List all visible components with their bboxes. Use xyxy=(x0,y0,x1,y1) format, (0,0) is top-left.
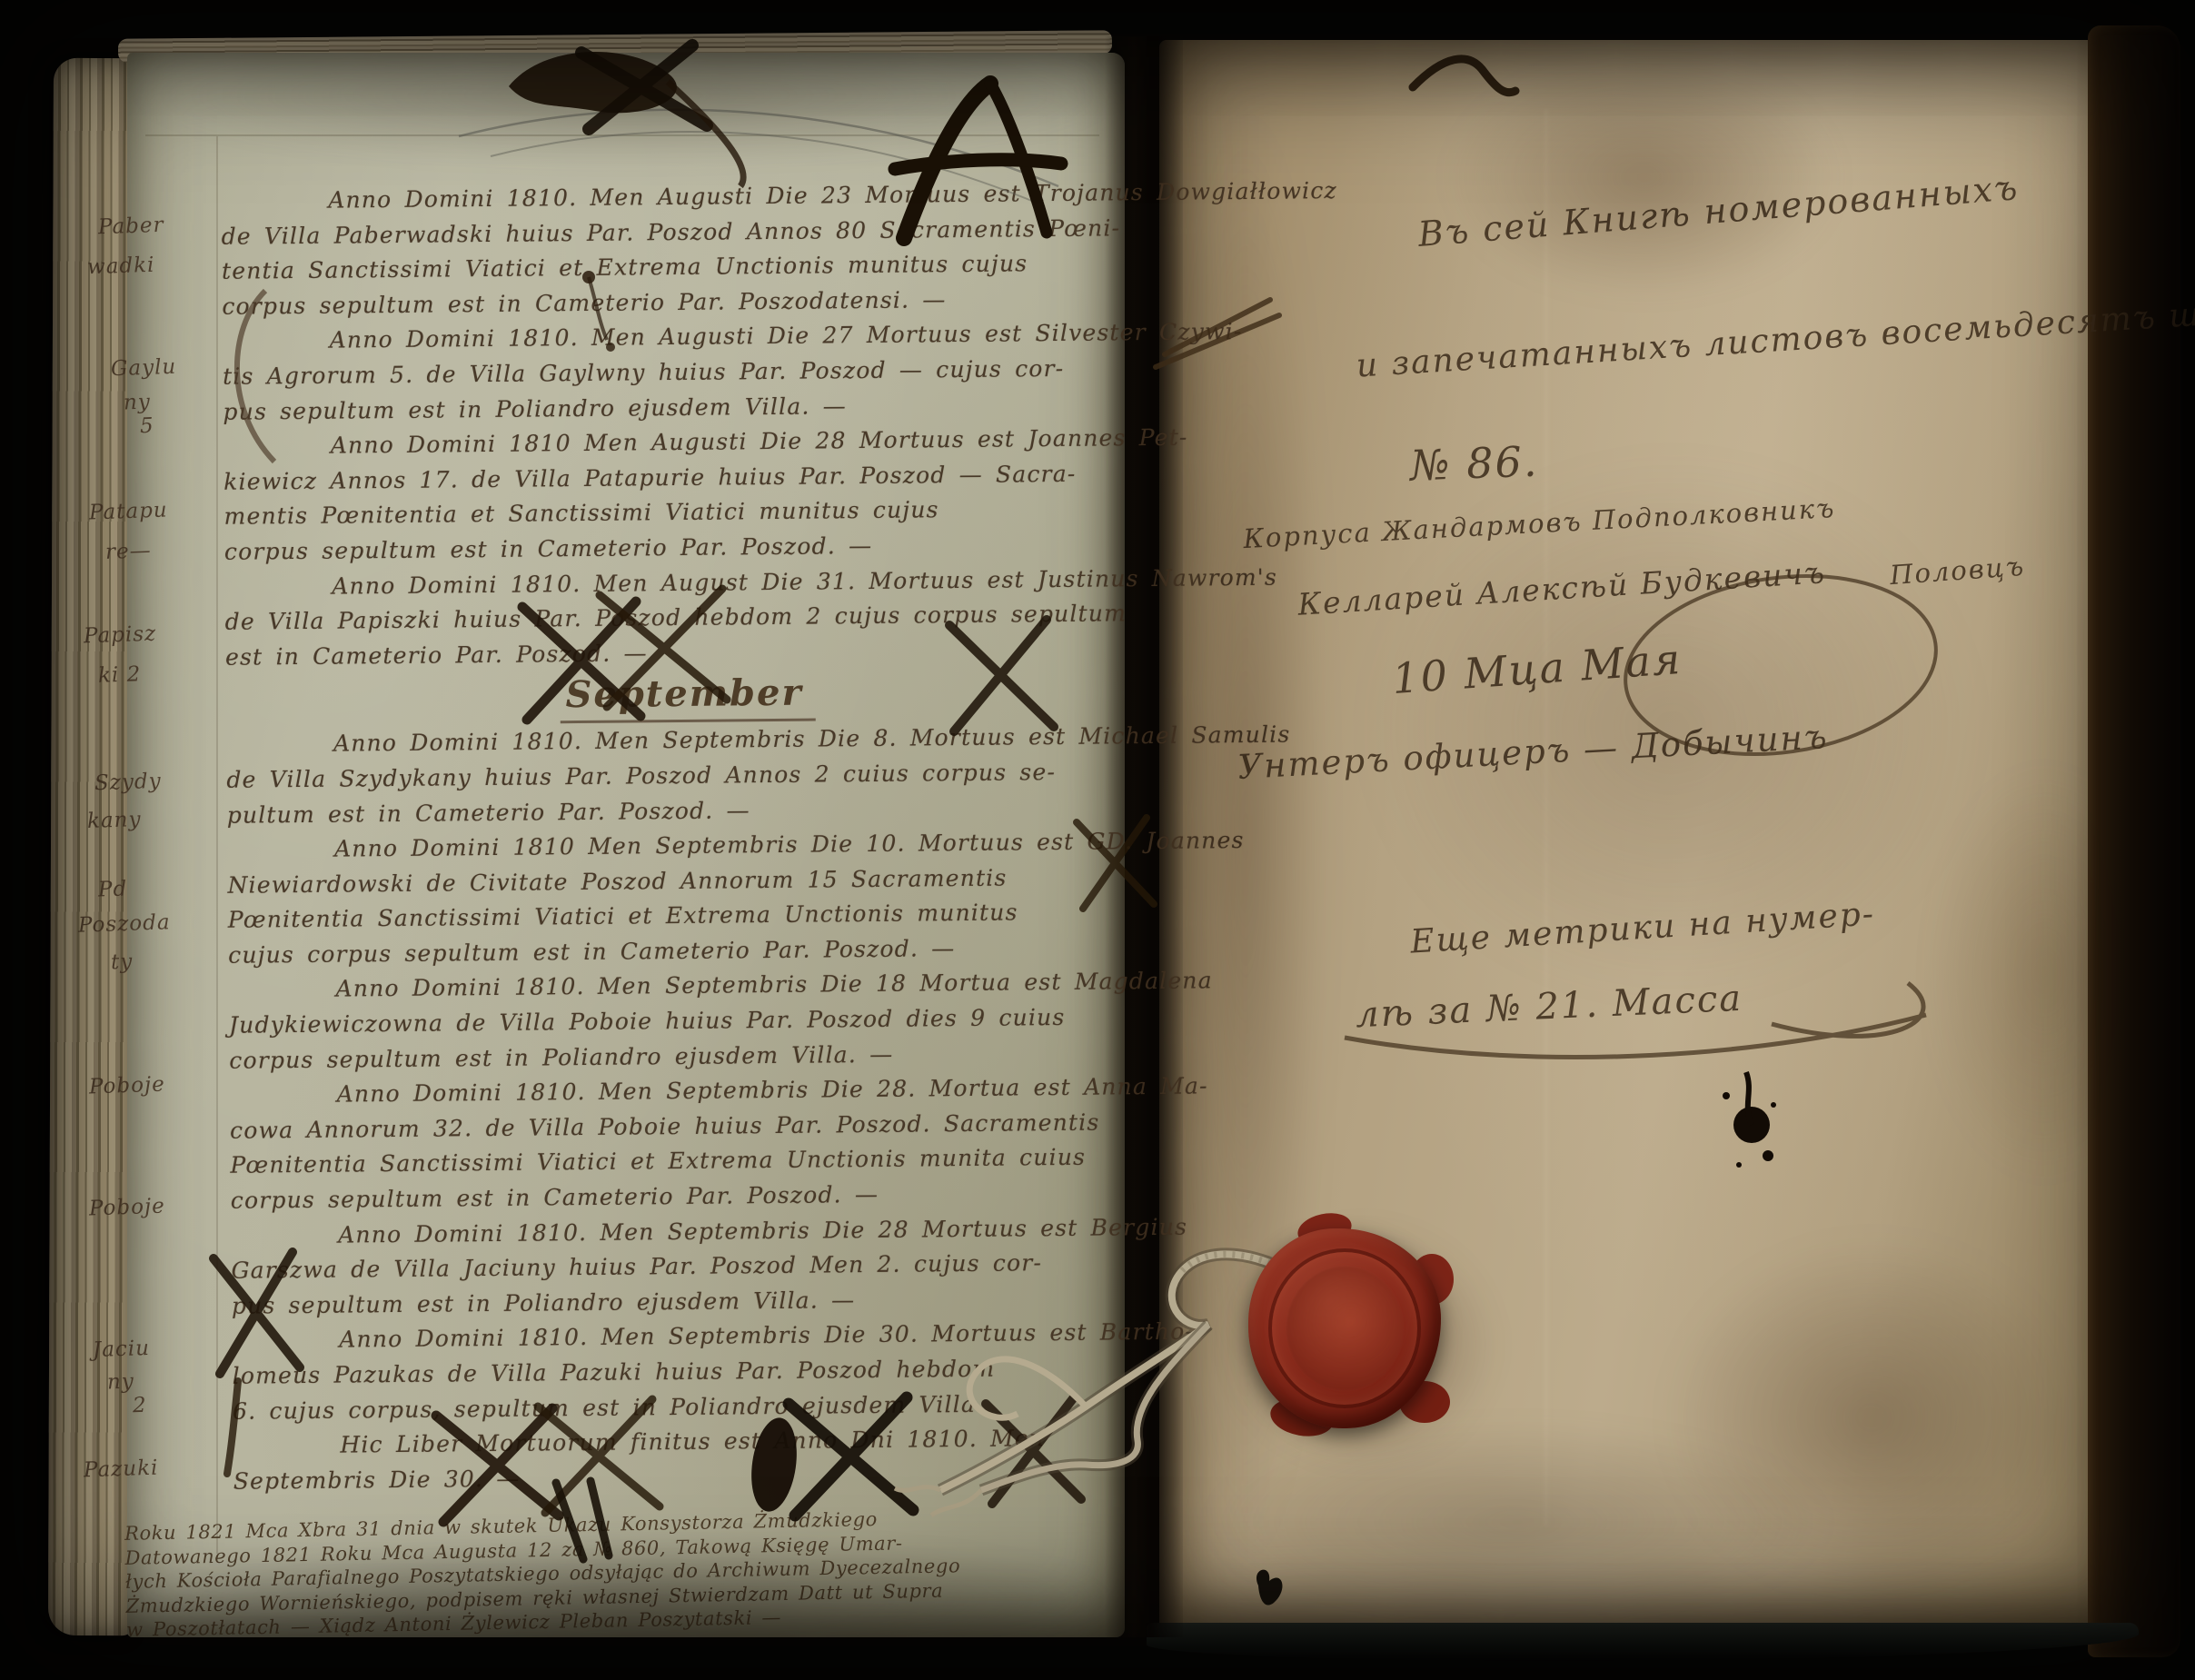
margin-note: 5 xyxy=(140,414,155,439)
margin-note: Pazuki xyxy=(84,1456,159,1483)
book-photo: { "document_title": "Parish register of … xyxy=(0,0,2195,1680)
margin-note: 2 xyxy=(133,1394,148,1418)
margin-note: Jaciu xyxy=(93,1337,151,1362)
margin-note: ny xyxy=(124,390,152,414)
margin-note: Gaylu xyxy=(111,355,177,382)
month-heading-row: September xyxy=(225,667,1127,729)
margin-note: Patapu xyxy=(89,498,169,524)
header-rule-line xyxy=(145,134,1099,136)
archival-note-1821: Roku 1821 Mca Xbra 31 dnia w skutek Ukaz… xyxy=(124,1502,1153,1643)
margin-note: kany xyxy=(87,808,142,833)
burial-records-block: Anno Domini 1810. Men Augusti Die 23 Mor… xyxy=(221,175,1135,1499)
margin-note: ty xyxy=(111,950,134,975)
margin-note: Szydy xyxy=(94,770,162,796)
book-cover-edge xyxy=(2088,25,2180,1657)
month-heading: September xyxy=(560,670,816,724)
margin-note: Papisz xyxy=(84,622,157,649)
margin-note: Poboje xyxy=(89,1195,166,1221)
cyrillic-inscription-line: № 86. xyxy=(1409,443,1539,484)
margin-note: Pd xyxy=(98,877,128,901)
margin-note: Poboje xyxy=(89,1073,166,1099)
book-cover-bottom-edge xyxy=(1147,1623,2139,1661)
margin-note: Paber xyxy=(98,214,164,240)
margin-note: Poszoda xyxy=(78,910,171,938)
paper-crease xyxy=(1544,109,1548,1526)
margin-note: ki 2 xyxy=(98,662,142,688)
margin-rule-line xyxy=(216,136,218,1554)
margin-note: re— xyxy=(105,539,152,564)
page-stack-edge xyxy=(48,58,137,1635)
margin-note: wadki xyxy=(87,253,155,280)
margin-note: ny xyxy=(107,1369,135,1394)
